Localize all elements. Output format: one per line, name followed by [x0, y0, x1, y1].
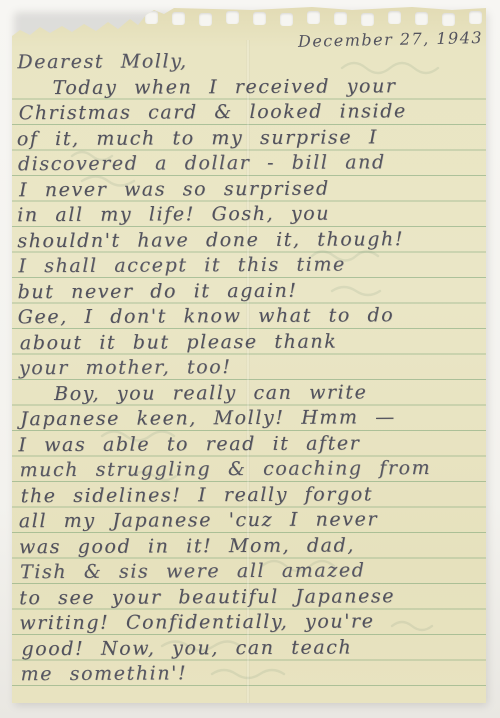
punch-hole [280, 13, 293, 26]
handwriting-line: discovered a dollar - bill and [18, 149, 481, 177]
punch-hole [334, 12, 347, 25]
punch-hole [199, 13, 212, 26]
handwriting-line: in all my life! Gosh, you [17, 200, 481, 228]
handwriting-line: of it, much to my surprise I [17, 123, 481, 151]
punch-hole [253, 12, 266, 25]
letter-page: December 27, 1943 Dearest Molly,Today wh… [12, 6, 486, 703]
handwriting-line: good! Now, you, can teach [21, 633, 483, 661]
punch-hole [307, 11, 320, 24]
punch-hole [226, 11, 239, 24]
handwriting-line: all my Japanese 'cuz I never [19, 506, 483, 534]
handwriting-line: I never was so surprised [19, 174, 481, 202]
handwriting-line: Japanese keen, Molly! Hmm — [20, 404, 482, 432]
handwriting-line: I shall accept it this time [18, 251, 481, 279]
punch-hole [442, 13, 455, 26]
punch-hole [172, 12, 185, 25]
punch-hole [415, 12, 428, 25]
handwriting-line: was good in it! Mom, dad, [19, 531, 483, 559]
punch-hole [469, 11, 482, 24]
handwriting-line: I was able to read it after [18, 429, 482, 457]
handwriting-line: shouldn't have done it, though! [17, 225, 481, 253]
punch-hole [388, 11, 401, 24]
handwriting-line: your mother, too! [19, 353, 482, 381]
handwriting-line: writing! Confidentially, you're [19, 608, 483, 636]
punch-hole [361, 13, 374, 26]
handwriting-line: much struggling & coaching from [19, 455, 482, 483]
handwriting-line: to see your beautiful Japanese [19, 582, 483, 610]
handwriting-line: Boy, you really can write [18, 378, 482, 406]
letter-body: Dearest Molly,Today when I received your… [16, 47, 483, 687]
handwriting-line: Gee, I don't know what to do [18, 302, 482, 330]
handwriting-line: Dearest Molly, [17, 47, 480, 75]
handwriting-line: Today when I received your [16, 72, 480, 100]
handwriting-line: Tish & sis were all amazed [20, 557, 483, 585]
handwriting-line: about it but please thank [20, 327, 482, 355]
handwriting-line: the sidelines! I really forgot [21, 480, 483, 508]
handwriting-line: but never do it again! [18, 276, 482, 304]
handwriting-line: Christmas card & looked inside [19, 98, 481, 126]
handwriting-line: me somethin'! [21, 659, 484, 687]
